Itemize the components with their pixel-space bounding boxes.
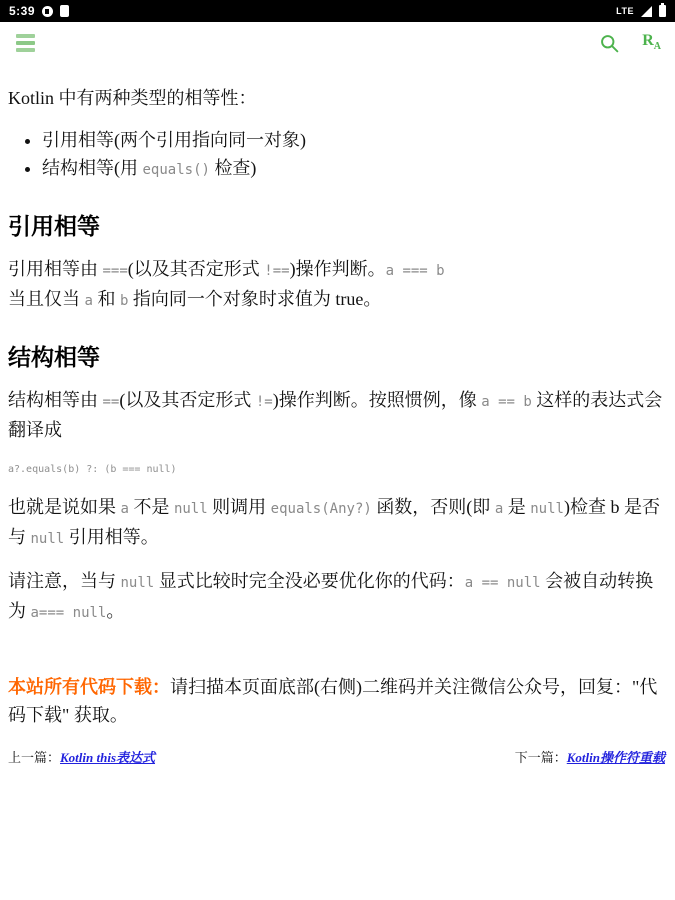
battery-icon	[659, 5, 666, 17]
prev-article-link[interactable]: Kotlin this表达式	[60, 750, 155, 765]
prev-article: 上一篇：Kotlin this表达式	[8, 747, 155, 766]
structural-equality-paragraph-1: 结构相等由 ==(以及其否定形式 !=)操作判断。按照惯例，像 a == b 这…	[8, 386, 667, 444]
notification-card-icon	[60, 5, 69, 17]
network-type-label: LTE	[616, 6, 634, 16]
structural-equality-paragraph-2: 也就是说如果 a 不是 null 则调用 equals(Any?) 函数，否则(…	[8, 493, 667, 553]
font-size-icon[interactable]: RA	[642, 33, 661, 52]
article-content: Kotlin 中有两种类型的相等性： 引用相等(两个引用指向同一对象) 结构相等…	[0, 64, 675, 766]
toolbar: RA	[0, 22, 675, 64]
next-article-label: 下一篇：	[515, 750, 567, 765]
search-icon[interactable]	[599, 33, 620, 54]
list-item-structural: 结构相等(用 equals() 检查)	[42, 154, 667, 184]
equality-types-list: 引用相等(两个引用指向同一对象) 结构相等(用 equals() 检查)	[8, 126, 667, 184]
referential-equality-paragraph: 引用相等由 ===(以及其否定形式 !==)操作判断。a === b当且仅当 a…	[8, 255, 667, 315]
download-note: 本站所有代码下载：请扫描本页面底部(右侧)二维码并关注微信公众号，回复："代码下…	[8, 673, 667, 729]
clock-label: 5:39	[9, 4, 35, 18]
next-article: 下一篇：Kotlin操作符重载	[515, 747, 665, 766]
status-bar-left: 5:39	[9, 4, 69, 18]
section-heading-referential-equality: 引用相等	[8, 208, 667, 241]
signal-icon	[641, 6, 652, 17]
structural-equality-paragraph-3: 请注意，当与 null 显式比较时完全没必要优化你的代码：a == null 会…	[8, 567, 667, 627]
code-block: a?.equals(b) ?: (b === null)	[8, 464, 667, 475]
notification-circle-icon	[42, 6, 53, 17]
download-label: 本站所有代码下载：	[8, 677, 170, 697]
section-heading-structural-equality: 结构相等	[8, 339, 667, 372]
next-article-link[interactable]: Kotlin操作符重载	[567, 750, 665, 765]
status-bar-right: LTE	[616, 5, 666, 17]
prev-article-label: 上一篇：	[8, 750, 60, 765]
list-item-referential: 引用相等(两个引用指向同一对象)	[42, 126, 667, 154]
menu-icon[interactable]	[14, 32, 37, 54]
pagination: 上一篇：Kotlin this表达式 下一篇：Kotlin操作符重载	[8, 747, 667, 766]
status-bar: 5:39 LTE	[0, 0, 675, 22]
intro-paragraph: Kotlin 中有两种类型的相等性：	[8, 84, 667, 112]
